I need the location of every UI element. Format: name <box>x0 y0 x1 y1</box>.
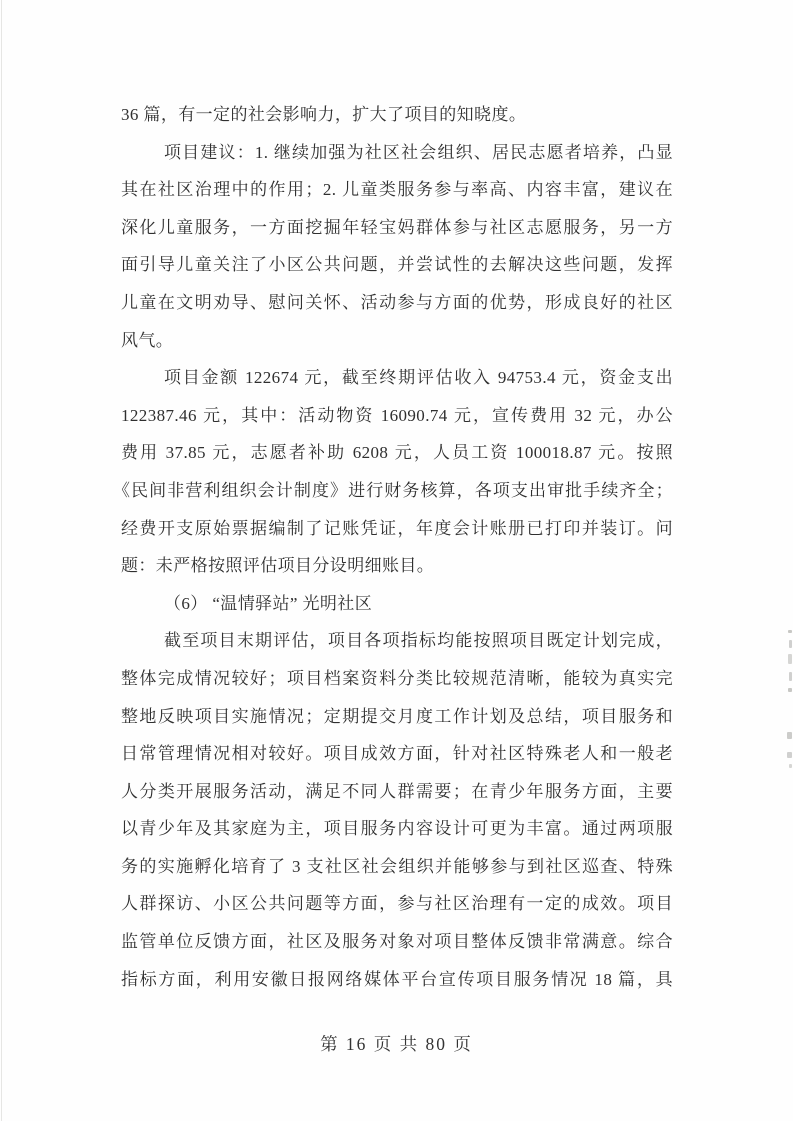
text-line: 题：未严格按照评估项目分设明细账目。 <box>121 547 673 585</box>
text-line: 儿童在文明劝导、慰问关怀、活动参与方面的优势，形成良好的社区 <box>121 284 673 322</box>
text-line: 截至项目末期评估，项目各项指标均能按照项目既定计划完成， <box>121 622 673 660</box>
text-line: 以青少年及其家庭为主，项目服务内容设计可更为丰富。通过两项服 <box>121 810 673 848</box>
scan-artifact <box>787 732 792 739</box>
text-line: 深化儿童服务，一方面挖掘年轻宝妈群体参与社区志愿服务，另一方 <box>121 209 673 247</box>
text-line: 风气。 <box>121 322 673 360</box>
scan-artifact <box>789 640 792 648</box>
text-line: 监管单位反馈方面，社区及服务对象对项目整体反馈非常满意。综合 <box>121 923 673 961</box>
text-line: 面引导儿童关注了小区公共问题，并尝试性的去解决这些问题，发挥 <box>121 246 673 284</box>
text-line: 其在社区治理中的作用；2. 儿童类服务参与率高、内容丰富，建议在 <box>121 171 673 209</box>
scan-artifact <box>788 630 792 633</box>
text-line: 36 篇，有一定的社会影响力，扩大了项目的知晓度。 <box>121 96 673 134</box>
text-line: 经费开支原始票据编制了记账凭证，年度会计账册已打印并装订。问 <box>121 510 673 548</box>
text-line: 整体完成情况较好；项目档案资料分类比较规范清晰，能较为真实完 <box>121 660 673 698</box>
scan-artifacts <box>785 620 793 810</box>
scan-artifact <box>788 654 792 664</box>
section-heading-line: （6） “温情驿站” 光明社区 <box>121 585 673 623</box>
text-line: 务的实施孵化培育了 3 支社区社会组织并能够参与到社区巡查、特殊 <box>121 848 673 886</box>
text-line: 指标方面，利用安徽日报网络媒体平台宣传项目服务情况 18 篇，具 <box>121 961 673 999</box>
text-line: 项目建议：1. 继续加强为社区社会组织、居民志愿者培养，凸显 <box>121 134 673 172</box>
text-line: 122387.46 元，其中：活动物资 16090.74 元，宣传费用 32 元… <box>121 397 673 435</box>
scan-artifact <box>789 764 792 768</box>
scan-edge-line <box>1 0 2 1121</box>
text-line: 《民间非营利组织会计制度》进行财务核算，各项支出审批手续齐全； <box>113 472 673 510</box>
text-line: 日常管理情况相对较好。项目成效方面，针对社区特殊老人和一般老 <box>121 735 673 773</box>
document-body: 36 篇，有一定的社会影响力，扩大了项目的知晓度。 项目建议：1. 继续加强为社… <box>121 96 673 998</box>
scan-artifact <box>787 752 792 758</box>
text-line: 费用 37.85 元，志愿者补助 6208 元，人员工资 100018.87 元… <box>121 434 673 472</box>
text-line: 整地反映项目实施情况；定期提交月度工作计划及总结，项目服务和 <box>121 698 673 736</box>
text-line: 项目金额 122674 元，截至终期评估收入 94753.4 元，资金支出 <box>121 359 673 397</box>
page-number-footer: 第 16 页 共 80 页 <box>0 1031 793 1057</box>
text-line: 人分类开展服务活动，满足不同人群需要；在青少年服务方面，主要 <box>121 773 673 811</box>
scanned-document-page: 36 篇，有一定的社会影响力，扩大了项目的知晓度。 项目建议：1. 继续加强为社… <box>0 0 793 1121</box>
scan-artifact <box>788 688 792 692</box>
scan-artifact <box>789 672 792 681</box>
text-line: 人群探访、小区公共问题等方面，参与社区治理有一定的成效。项目 <box>121 885 673 923</box>
